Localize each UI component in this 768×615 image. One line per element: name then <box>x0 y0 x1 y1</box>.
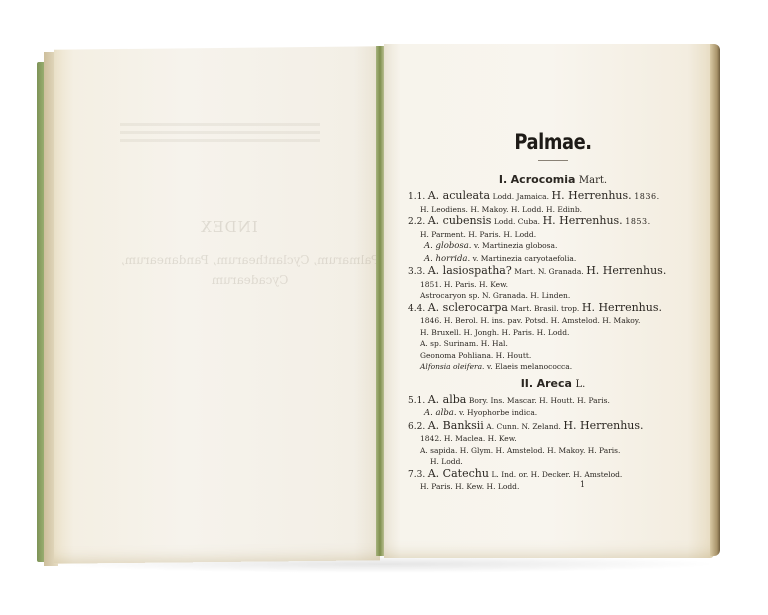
genus-name: Areca <box>537 377 572 390</box>
species-entry: 2.2. A. cubensis Lodd. Cuba. H. Herrenhu… <box>408 215 698 229</box>
section-heading: I. Acrocomia Mart. <box>408 173 698 186</box>
species-origin: Lodd. Cuba. <box>494 217 540 226</box>
species-origin: Mart. N. Granada. <box>514 267 583 276</box>
species-name: A. alba <box>428 393 467 406</box>
entry-subnumber: 1. <box>417 192 426 202</box>
synonym-line: Alfonsia oleifera. v. Elaeis melanococca… <box>408 361 698 373</box>
garden-name: H. Herrenhus. <box>552 189 632 202</box>
species-name: A. cubensis <box>428 214 492 227</box>
species-origin: L. Ind. or. H. Decker. H. Amstelod. <box>491 470 622 479</box>
species-name: A. lasiospatha? <box>428 264 512 277</box>
bleed-through-lines <box>120 118 320 142</box>
synonym-name: Alfonsia oleifera. <box>420 362 484 371</box>
entry-line: Geonoma Pohliana. H. Houtt. <box>408 350 698 362</box>
species-origin: Lodd. Jamaica. <box>493 192 549 201</box>
species-entry: 4.4. A. sclerocarpa Mart. Brasil. trop. … <box>408 302 698 316</box>
entry-subnumber: 4. <box>417 304 426 314</box>
section-numeral: II. <box>521 377 533 390</box>
entry-number: 1. <box>408 192 417 202</box>
entry-line: H. Parment. H. Paris. H. Lodd. <box>408 229 698 241</box>
entry-subnumber: 1. <box>417 396 426 406</box>
entry-number: 3. <box>408 267 417 277</box>
page-number: 1 <box>580 480 585 489</box>
entry-number: 6. <box>408 422 417 432</box>
page-title: Palmae. <box>430 130 677 154</box>
entry-number: 7. <box>408 470 417 480</box>
synonym-ref: v. Martinezia caryotaefolia. <box>473 254 577 263</box>
synonym-name: A. alba. <box>424 408 457 418</box>
species-origin: Bory. Ins. Mascar. H. Houtt. H. Paris. <box>469 396 610 405</box>
species-name: A. Catechu <box>428 467 489 480</box>
entry-line: A. sapida. H. Glym. H. Amstelod. H. Mako… <box>408 445 698 457</box>
entry-line: 1842. H. Maclea. H. Kew. <box>408 433 698 445</box>
entry-line: H. Paris. H. Kew. H. Lodd. <box>408 481 698 493</box>
page-content: Palmae. I. Acrocomia Mart. 1.1. A. acule… <box>408 130 698 493</box>
synonym-ref: v. Hyophorbe indica. <box>459 408 537 417</box>
garden-name: H. Herrenhus. <box>563 419 643 432</box>
synonym-ref: v. Martinezia globosa. <box>474 241 557 250</box>
species-entry: 6.2. A. Banksii A. Cunn. N. Zeland. H. H… <box>408 420 698 434</box>
entry-number: 5. <box>408 396 417 406</box>
synonym-line: A. globosa. v. Martinezia globosa. <box>408 240 698 253</box>
species-origin: A. Cunn. N. Zeland. <box>486 422 561 431</box>
genus-author: Mart. <box>579 175 607 186</box>
open-book: INDEX Palmarum, Cyclanthearum, Pandanear… <box>0 0 768 615</box>
entry-line: 1846. H. Berol. H. ins. pav. Potsd. H. A… <box>408 315 698 327</box>
species-origin: Mart. Brasil. trop. <box>511 304 580 313</box>
synonym-ref: v. Elaeis melanococca. <box>487 362 572 371</box>
entry-subnumber: 2. <box>417 217 426 227</box>
section-numeral: I. <box>499 173 507 186</box>
species-name: A. sclerocarpa <box>428 301 508 314</box>
entry-subnumber: 3. <box>417 470 426 480</box>
entry-line: A. sp. Surinam. H. Hal. <box>408 338 698 350</box>
entry-subnumber: 3. <box>417 267 426 277</box>
garden-name: H. Herrenhus. <box>543 214 623 227</box>
entry-line: 1851. H. Paris. H. Kew. <box>408 279 698 291</box>
year: 1836. <box>634 192 659 201</box>
species-entry: 1.1. A. aculeata Lodd. Jamaica. H. Herre… <box>408 190 698 204</box>
year: 1853. <box>625 217 650 226</box>
entry-subnumber: 2. <box>417 422 426 432</box>
garden-name: H. Herrenhus. <box>582 301 662 314</box>
entry-number: 4. <box>408 304 417 314</box>
section-heading: II. Areca L. <box>408 377 698 390</box>
species-entry: 7.3. A. Catechu L. Ind. or. H. Decker. H… <box>408 468 698 482</box>
species-name: A. Banksii <box>428 419 484 432</box>
right-page-edges <box>710 44 720 556</box>
species-entry: 3.3. A. lasiospatha? Mart. N. Granada. H… <box>408 265 698 279</box>
genus-name: Acrocomia <box>511 173 576 186</box>
synonym-name: A. horrida. <box>424 254 470 264</box>
genus-author: L. <box>575 379 585 390</box>
entry-number: 2. <box>408 217 417 227</box>
book-spine <box>376 46 384 556</box>
entry-line: H. Bruxell. H. Jongh. H. Paris. H. Lodd. <box>408 327 698 339</box>
species-entry: 5.1. A. alba Bory. Ins. Mascar. H. Houtt… <box>408 394 698 408</box>
title-rule <box>538 160 568 161</box>
garden-name: H. Herrenhus. <box>586 264 666 277</box>
bleed-through-title: INDEX <box>200 218 258 236</box>
bleed-through-subtitle: Palmarum, Cyclanthearum, Pandanearum, Cy… <box>120 250 380 290</box>
species-name: A. aculeata <box>428 189 490 202</box>
synonym-name: A. globosa. <box>424 241 472 251</box>
